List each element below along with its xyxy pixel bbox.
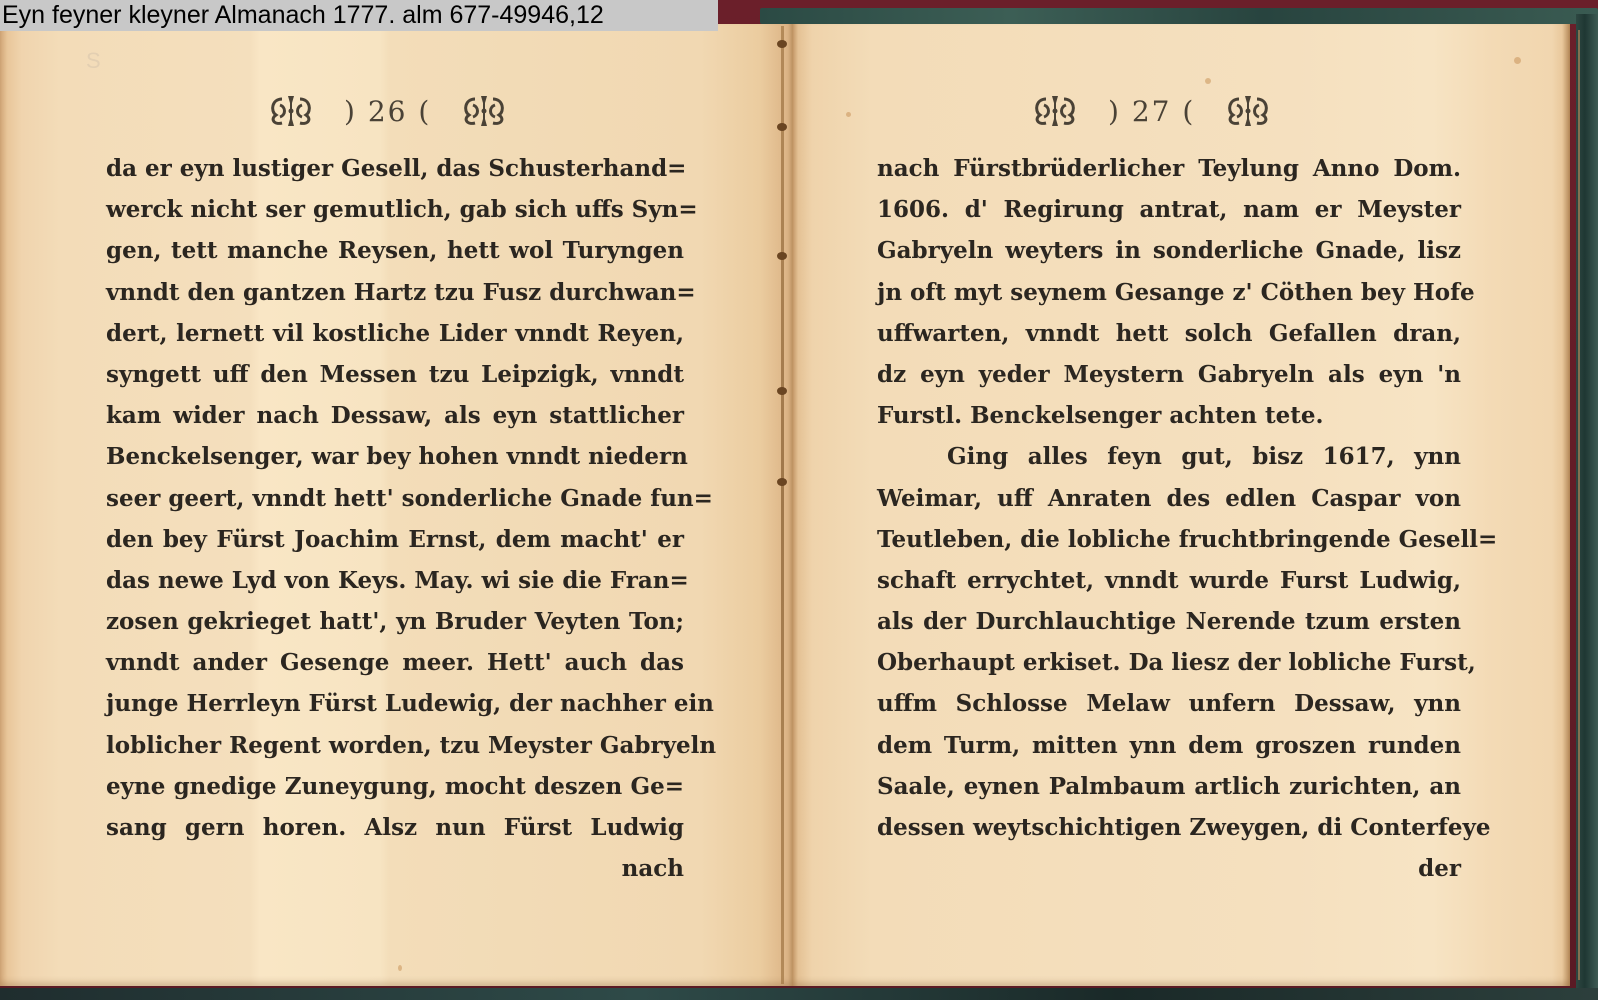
- text-line: da er eyn lustiger Gesell, das Schusterh…: [106, 148, 684, 189]
- text-line: als der Durchlauchtige Nerende tzum erst…: [877, 601, 1461, 642]
- binding-stitch: [777, 252, 787, 260]
- text-line: Furstl. Benckelsenger achten tete.: [877, 395, 1461, 436]
- text-line: seer geert, vnndt hett' sonderliche Gnad…: [106, 478, 684, 519]
- text-line: Gabryeln weyters in sonderliche Gnade, l…: [877, 230, 1461, 271]
- text-line: uffm Schlosse Melaw unfern Dessaw, ynn: [877, 683, 1461, 724]
- paper-stain: [1514, 57, 1521, 64]
- text-line: eyne gnedige Zuneygung, mocht deszen Ge=: [106, 766, 684, 807]
- text-line: jn oft myt seynem Gesange z' Cöthen bey …: [877, 272, 1461, 313]
- text-line: den bey Fürst Joachim Ernst, dem macht' …: [106, 519, 684, 560]
- right-page-body-text: nach Fürstbrüderlicher Teylung Anno Dom.…: [877, 148, 1461, 889]
- text-line: schaft errychtet, vnndt wurde Furst Ludw…: [877, 560, 1461, 601]
- text-line: uffwarten, vnndt hett solch Gefallen dra…: [877, 313, 1461, 354]
- window-title: Eyn feyner kleyner Almanach 1777. alm 67…: [0, 0, 718, 31]
- text-line: Benckelsenger, war bey hohen vnndt niede…: [106, 436, 684, 477]
- book-gutter: [781, 26, 784, 984]
- text-line: 1606. d' Regirung antrat, nam er Meyster: [877, 189, 1461, 230]
- text-line: Saale, eynen Palmbaum artlich zurichten,…: [877, 766, 1461, 807]
- binding-stitch: [777, 387, 787, 395]
- text-line: dert, lernett vil kostliche Lider vnndt …: [106, 313, 684, 354]
- text-line: Teutleben, die lobliche fruchtbringende …: [877, 519, 1461, 560]
- text-line: sang gern horen. Alsz nun Fürst Ludwig: [106, 807, 684, 848]
- catchword: nach: [106, 848, 684, 889]
- text-line: kam wider nach Dessaw, als eyn stattlich…: [106, 395, 684, 436]
- paper-stain: [398, 965, 402, 971]
- text-line: das newe Lyd von Keys. May. wi sie die F…: [106, 560, 684, 601]
- fleuron-ornament-icon: [268, 93, 314, 129]
- text-line: dessen weytschichtigen Zweygen, di Conte…: [877, 807, 1461, 848]
- text-line: Weimar, uff Anraten des edlen Caspar von: [877, 478, 1461, 519]
- fleuron-ornament-icon: [1225, 93, 1271, 129]
- page-number: ) 26 (: [344, 95, 431, 128]
- text-line: nach Fürstbrüderlicher Teylung Anno Dom.: [877, 148, 1461, 189]
- left-page-body-text: da er eyn lustiger Gesell, das Schusterh…: [106, 148, 684, 889]
- binding-stitch: [777, 123, 787, 131]
- text-line: vnndt den gantzen Hartz tzu Fusz durchwa…: [106, 272, 684, 313]
- text-line: gen, tett manche Reysen, hett wol Turyng…: [106, 230, 684, 271]
- cover-marbled-edge-bottom: [0, 988, 1598, 1000]
- paper-stain: [846, 112, 851, 117]
- page-number: ) 27 (: [1108, 95, 1195, 128]
- text-line: junge Herrleyn Fürst Ludewig, der nachhe…: [106, 683, 684, 724]
- binding-stitch: [777, 40, 787, 48]
- text-line: dem Turm, mitten ynn dem groszen runden: [877, 725, 1461, 766]
- text-line: loblicher Regent worden, tzu Meyster Gab…: [106, 725, 684, 766]
- text-line: dz eyn yeder Meystern Gabryeln als eyn '…: [877, 354, 1461, 395]
- fleuron-ornament-icon: [1032, 93, 1078, 129]
- paper-stain: [1205, 78, 1211, 84]
- text-line: vnndt ander Gesenge meer. Hett' auch das: [106, 642, 684, 683]
- left-page-header: ) 26 (: [268, 90, 507, 132]
- text-line: Oberhaupt erkiset. Da liesz der lobliche…: [877, 642, 1461, 683]
- margin-mark: S: [86, 48, 101, 74]
- paragraph-start-line: Ging alles feyn gut, bisz 1617, ynn: [877, 436, 1461, 477]
- text-line: syngett uff den Messen tzu Leipzigk, vnn…: [106, 354, 684, 395]
- page-fold-line: [1578, 30, 1580, 980]
- right-page-header: ) 27 (: [1032, 90, 1271, 132]
- fleuron-ornament-icon: [461, 93, 507, 129]
- text-line: werck nicht ser gemutlich, gab sich uffs…: [106, 189, 684, 230]
- cover-marbled-edge-top: [760, 8, 1598, 24]
- binding-stitch: [777, 478, 787, 486]
- catchword: der: [877, 848, 1461, 889]
- text-line: zosen gekrieget hatt', yn Bruder Veyten …: [106, 601, 684, 642]
